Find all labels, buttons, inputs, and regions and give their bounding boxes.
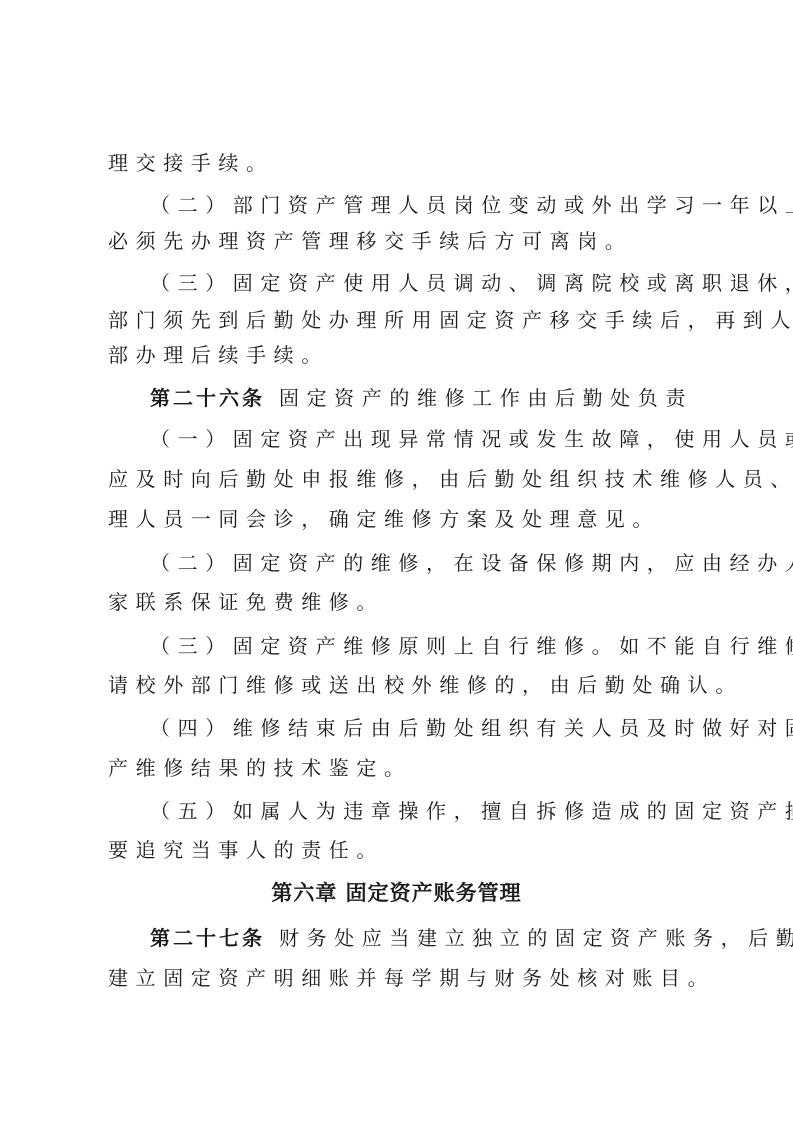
paragraph-line: （三）固定资产使用人员调动、调离院校或离职退休，使用	[150, 271, 695, 295]
paragraph-line: （二）部门资产管理人员岗位变动或外出学习一年以上 时，	[150, 193, 695, 217]
paragraph-line: （四）维修结束后由后勤处组织有关人员及时做好对固定资	[150, 716, 695, 740]
paragraph-line: （二）固定资产的维修，在设备保修期内，应由经办人与厂	[150, 551, 695, 575]
document-page: 理交接手续。 （二）部门资产管理人员岗位变动或外出学习一年以上 时， 必须先办理…	[0, 0, 793, 1122]
paragraph-line: 理交接手续。	[108, 151, 693, 175]
paragraph-line: （三）固定资产维修原则上自行维修。如不能自行维修，需	[150, 634, 695, 658]
paragraph-line: 应及时向后勤处申报维修，由后勤处组织技术维修人员、使用管	[108, 467, 693, 491]
paragraph-line: 部办理后续手续。	[108, 343, 693, 367]
paragraph-line: 要追究当事人的责任。	[108, 838, 693, 862]
article-label: 第二十七条	[150, 926, 265, 950]
paragraph-line: 理人员一同会诊，确定维修方案及处理意见。	[108, 507, 693, 531]
article-title: 固定资产的维修工作由后勤处负责	[279, 386, 693, 410]
paragraph-line: 必须先办理资产管理移交手续后方可离岗。	[108, 229, 693, 253]
chapter-heading: 第六章 固定资产账务管理	[0, 880, 793, 906]
paragraph-line: （一）固定资产出现异常情况或发生故障，使用人员或部门	[150, 427, 695, 451]
article-text: 财务处应当建立独立的固定资产账务，后勤处	[279, 926, 793, 950]
paragraph-line: （五）如属人为违章操作，擅自拆修造成的固定资产损坏的，	[150, 799, 695, 823]
article-26-heading: 第二十六条 固定资产的维修工作由后勤处负责	[150, 386, 695, 410]
article-27-line: 第二十七条 财务处应当建立独立的固定资产账务，后勤处	[150, 926, 695, 950]
paragraph-line: 家联系保证免费维修。	[108, 590, 693, 614]
paragraph-line: 产维修结果的技术鉴定。	[108, 756, 693, 780]
paragraph-line: 部门须先到后勤处办理所用固定资产移交手续后，再到人力资源	[108, 308, 693, 332]
paragraph-line: 请校外部门维修或送出校外维修的，由后勤处确认。	[108, 673, 693, 697]
paragraph-line: 建立固定资产明细账并每学期与财务处核对账目。	[108, 966, 693, 990]
article-label: 第二十六条	[150, 386, 265, 410]
